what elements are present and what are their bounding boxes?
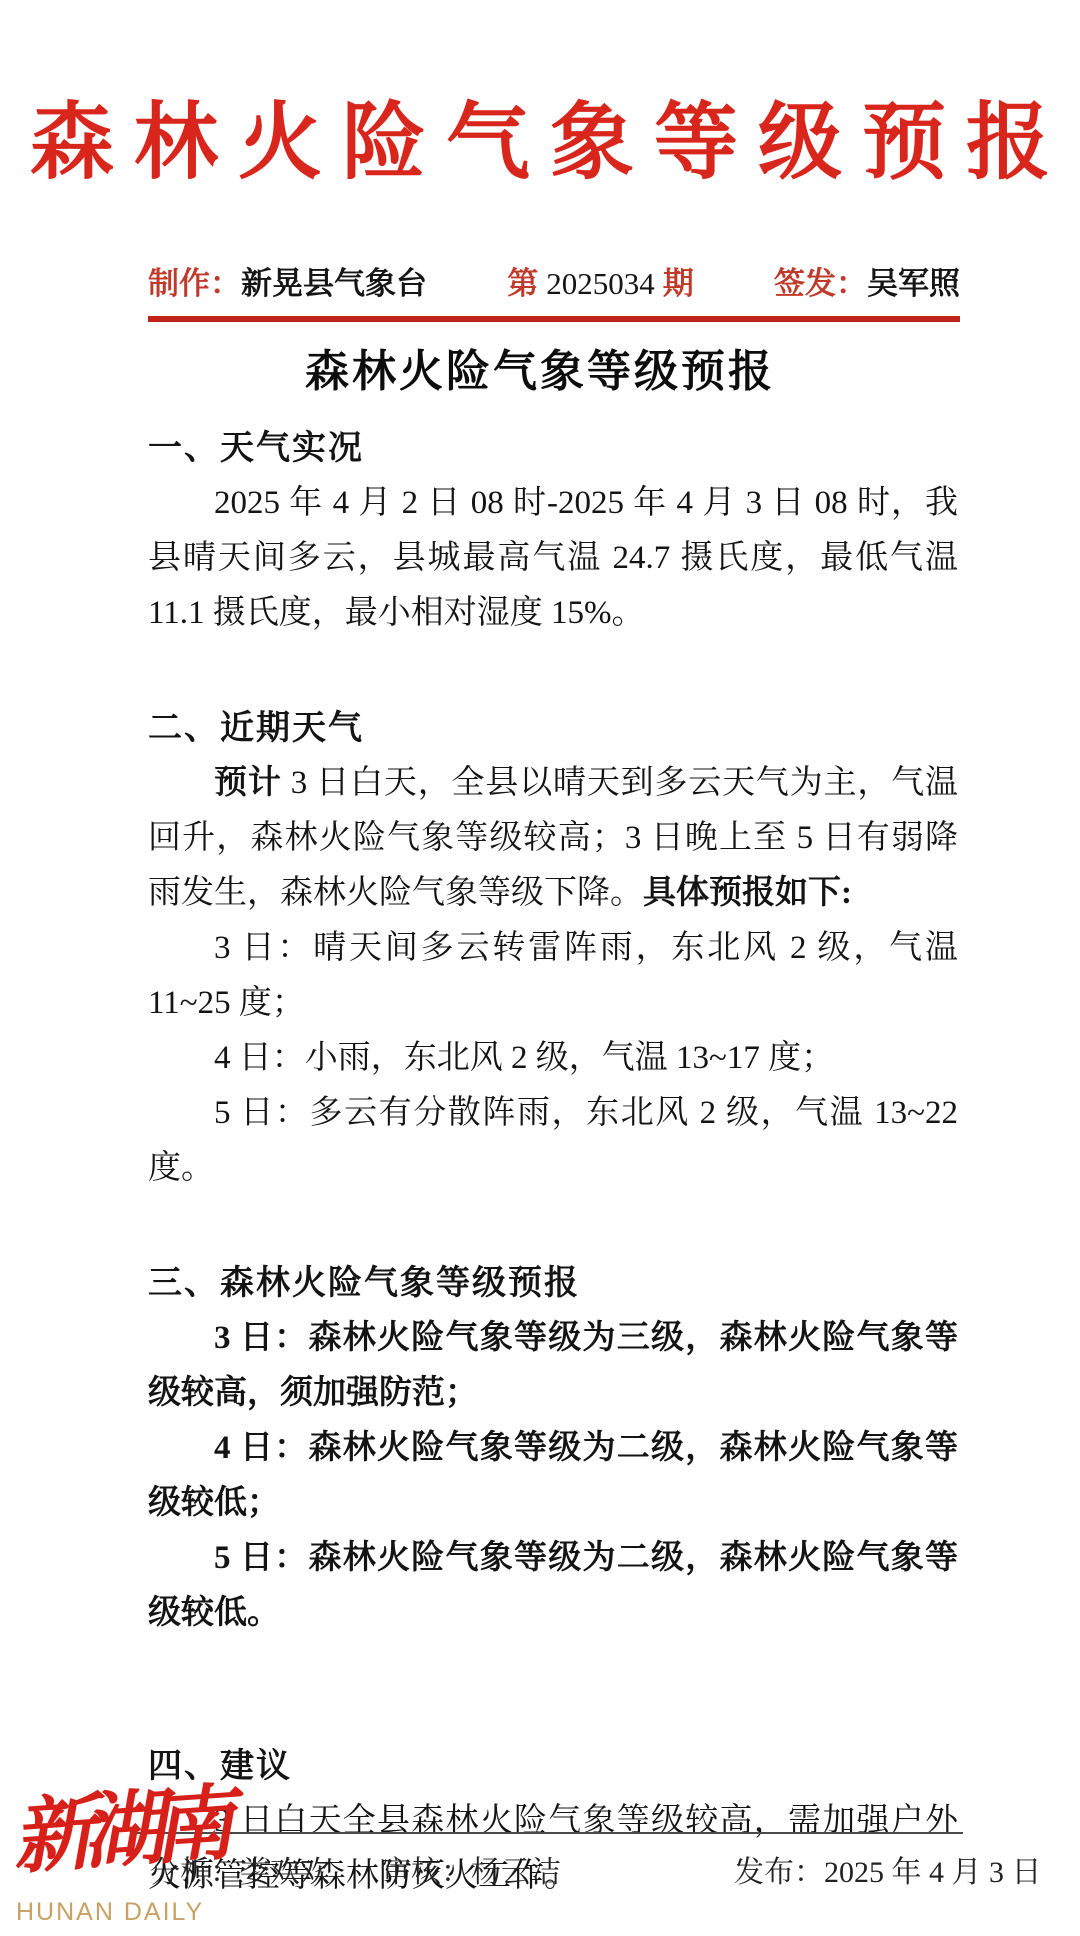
document-subtitle: 森林火险气象等级预报 — [0, 344, 1080, 400]
footer-reviewer-field: 审核：杨云洁 — [381, 1849, 561, 1897]
section-heading-weather-actual: 一、天气实况 — [148, 421, 958, 476]
producer-label: 制作： — [148, 266, 241, 301]
hunan-daily-wordmark: HUNAN DAILY — [16, 1898, 246, 1927]
footer-divider-line — [130, 1832, 963, 1834]
recent-weather-lead: 预计 — [214, 765, 291, 801]
signer-label: 签发： — [774, 266, 867, 301]
xin-hunan-calligraphy-logo: 新湖南 — [9, 1772, 245, 1888]
issue-suffix: 期 — [663, 266, 694, 301]
recent-weather-tail: 具体预报如下: — [643, 875, 852, 911]
issue-number-field: 第2025034期 — [507, 264, 694, 304]
fire-rating-line-day5: 5 日：森林火险气象等级为二级，森林火险气象等级较低。 — [148, 1531, 958, 1641]
weather-actual-paragraph: 2025 年 4 月 2 日 08 时-2025 年 4 月 3 日 08 时，… — [148, 476, 958, 641]
hunan-daily-logo: 新湖南 HUNAN DAILY — [16, 1788, 246, 1927]
reviewer-label: 审核： — [381, 1856, 471, 1889]
signer-value: 吴军照 — [867, 266, 960, 301]
reviewer-value: 杨云洁 — [471, 1856, 561, 1889]
issue-number: 2025034 — [538, 266, 663, 301]
publish-date: 2025 年 4 月 3 日 — [824, 1856, 1042, 1889]
publish-label: 发布： — [734, 1856, 824, 1889]
fire-rating-line-day4: 4 日：森林火险气象等级为二级，森林火险气象等级较低； — [148, 1421, 958, 1531]
header-red-rule — [148, 316, 960, 322]
section-heading-advice: 四、建议 — [148, 1739, 958, 1794]
producer-value: 新晃县气象台 — [241, 266, 427, 301]
forecast-line-day3: 3 日：晴天间多云转雷阵雨，东北风 2 级，气温 11~25 度； — [148, 921, 958, 1031]
section-heading-fire-rating: 三、森林火险气象等级预报 — [148, 1256, 958, 1311]
fire-rating-line-day3: 3 日：森林火险气象等级为三级，森林火险气象等级较高，须加强防范； — [148, 1311, 958, 1421]
section-heading-recent-weather: 二、近期天气 — [148, 701, 958, 756]
document-body: 一、天气实况 2025 年 4 月 2 日 08 时-2025 年 4 月 3 … — [148, 421, 958, 1904]
document-meta-row: 制作：新晃县气象台 第2025034期 签发：吴军照 — [148, 264, 960, 304]
footer-publish-field: 发布：2025 年 4 月 3 日 — [734, 1849, 1042, 1897]
recent-weather-paragraph: 预计 3 日白天，全县以晴天到多云天气为主，气温回升，森林火险气象等级较高；3 … — [148, 756, 958, 921]
producer-field: 制作：新晃县气象台 — [148, 264, 427, 304]
forecast-line-day4: 4 日：小雨，东北风 2 级，气温 13~17 度； — [148, 1031, 958, 1086]
analyst-value: 娄欢欢 — [240, 1856, 330, 1889]
forecast-line-day5: 5 日：多云有分散阵雨，东北风 2 级，气温 13~22 度。 — [148, 1086, 958, 1196]
document-title: 森林火险气象等级预报 — [0, 0, 1080, 188]
issue-prefix: 第 — [507, 266, 538, 301]
signer-field: 签发：吴军照 — [774, 264, 960, 304]
